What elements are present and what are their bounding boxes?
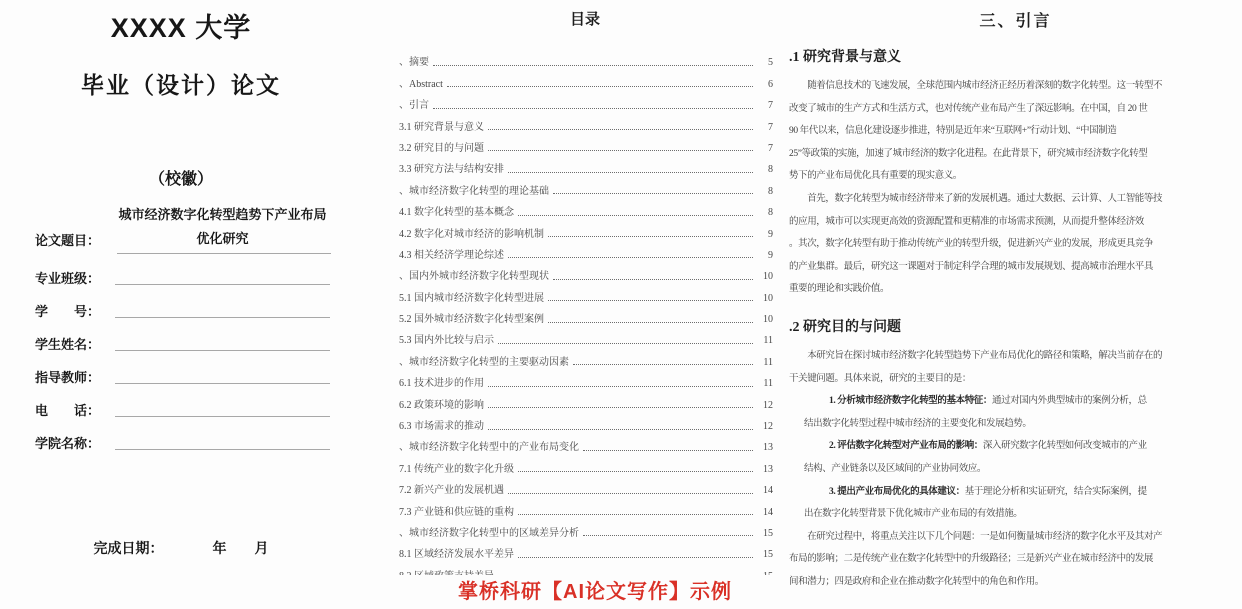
objective-first-line: 1. 分析城市经济数字化转型的基本特征：通过对国内外典型城市的案例分析，总: [789, 390, 1242, 413]
toc-dot-leader: [488, 386, 753, 387]
cover-header: XXXX 大学 毕业（设计）论文 （校徽）: [0, 0, 362, 189]
toc-entry-page-number: 11: [757, 357, 775, 368]
toc-entry-title: 3.1 研究背景与意义: [395, 118, 484, 133]
cover-form-fields: 专业班级： 学 号： 学生姓名： 指导教师：: [0, 268, 390, 466]
toc-entry-page-number: 7: [757, 143, 775, 154]
toc-dot-leader: [553, 279, 753, 280]
toc-entry-title: 7.3 产业链和供应链的重构: [395, 503, 514, 518]
objective-lead-bold: 3. 提出产业布局优化的具体建议：: [829, 487, 965, 497]
toc-entry-page-number: 10: [757, 314, 775, 325]
toc-entry-page-number: 8: [757, 186, 775, 197]
toc-dot-leader: [488, 150, 753, 151]
thesis-title-value: 城市经济数字化转型趋势下产业布局 优化研究: [113, 203, 332, 251]
objective-continuation-line: 出在数字化转型背景下优化城市产业布局的有效措施。: [789, 503, 1242, 526]
toc-entry: 、城市经济数字化转型中的区域差异分析 15: [395, 518, 775, 539]
toc-entry-page-number: 10: [757, 293, 775, 304]
toc-dot-leader: [488, 407, 753, 408]
field-label: 指导教师：: [35, 367, 100, 386]
toc-entry-page-number: 7: [757, 122, 775, 133]
toc-entry-page-number: 14: [757, 485, 775, 496]
text-line: 本研究旨在探讨城市经济数字化转型趋势下产业布局优化的路径和策略，解决当前存在的: [789, 345, 1242, 368]
toc-entry: 、引言 7: [395, 90, 775, 111]
toc-entry: 7.1 传统产业的数字化升级 13: [395, 453, 775, 474]
field-blank-line: [115, 383, 330, 384]
toc-entry: 、国内外城市经济数字化转型现状 10: [395, 261, 775, 282]
toc-entry: 3.2 研究目的与问题 7: [395, 133, 775, 154]
objective-first-line: 2. 评估数字化转型对产业布局的影响：深入研究数字化转型如何改变城市的产业: [789, 435, 1242, 458]
toc-entry-title: 8.2 区域政策支持差异: [395, 567, 494, 575]
school-badge-placeholder: （校徽）: [0, 100, 362, 189]
text-line: 改变了城市的生产方式和生活方式，也对传统产业布局产生了深远影响。在中国，自 20…: [789, 98, 1242, 121]
objective-rest: 深入研究数字化转型如何改变城市的产业: [983, 441, 1147, 451]
toc-entry: 7.2 新兴产业的发展机遇 14: [395, 475, 775, 496]
text-line: 25”等政策的实施，加速了城市经济的数字化进程。在此背景下，研究城市经济数字化转…: [789, 143, 1242, 166]
text-line: 的应用，城市可以实现更高效的资源配置和更精准的市场需求预测，从而提升整体经济效: [789, 211, 1242, 234]
toc-entry-page-number: 14: [757, 507, 775, 518]
cover-form-row: 学 号：: [0, 301, 390, 334]
toc-entry-title: 8.1 区域经济发展水平差异: [395, 545, 514, 560]
toc-page: 目录 、摘要 5 、Abstract 6 、引言 7: [395, 0, 775, 575]
toc-entry: 5.1 国内城市经济数字化转型进展 10: [395, 282, 775, 303]
toc-dot-leader: [548, 300, 753, 301]
completion-date-line: 完成日期： 年 月: [0, 538, 362, 558]
field-blank-line: [115, 317, 330, 318]
toc-entry: 6.3 市场需求的推动 12: [395, 411, 775, 432]
text-line: 布局的影响；二是传统产业在数字化转型中的升级路径；三是新兴产业在城市经济中的发展: [789, 548, 1242, 571]
toc-entry-title: 5.2 国外城市经济数字化转型案例: [395, 310, 544, 325]
field-label: 学 号：: [35, 301, 100, 320]
toc-entry-title: 、Abstract: [395, 75, 443, 90]
toc-list: 、摘要 5 、Abstract 6 、引言 7 3.1 研究背景: [395, 47, 775, 575]
toc-dot-leader: [498, 343, 753, 344]
toc-entry-title: 、引言: [395, 96, 429, 111]
cover-form-row: 专业班级：: [0, 268, 390, 301]
toc-entry-page-number: 9: [757, 250, 775, 261]
toc-entry-title: 4.3 相关经济学理论综述: [395, 246, 504, 261]
text-line: 随着信息技术的飞速发展，全球范围内城市经济正经历着深刻的数字化转型。这一转型不: [789, 75, 1242, 98]
toc-entry-title: 、城市经济数字化转型中的区域差异分析: [395, 524, 579, 539]
toc-title: 目录: [395, 0, 775, 29]
intro-paragraph-1: 随着信息技术的飞速发展，全球范围内城市经济正经历着深刻的数字化转型。这一转型不改…: [789, 75, 1242, 188]
toc-dot-leader: [573, 364, 753, 365]
objective-lead-bold: 2. 评估数字化转型对产业布局的影响：: [829, 441, 983, 451]
toc-entry: 5.2 国外城市经济数字化转型案例 10: [395, 304, 775, 325]
text-line: 的产业集群。最后，研究这一课题对于制定科学合理的城市发展规划、提高城市治理水平具: [789, 256, 1242, 279]
toc-dot-leader: [508, 172, 753, 173]
text-line: 90 年代以来，信息化建设逐步推进，特别是近年来“互联网+”行动计划、“中国制造: [789, 120, 1242, 143]
thesis-title-line1: 城市经济数字化转型趋势下产业布局: [113, 203, 332, 227]
toc-dot-leader: [488, 129, 753, 130]
toc-dot-leader: [488, 429, 753, 430]
intro-paragraph-3: 本研究旨在探讨城市经济数字化转型趋势下产业布局优化的路径和策略，解决当前存在的干…: [789, 345, 1242, 390]
toc-entry-title: 7.1 传统产业的数字化升级: [395, 460, 514, 475]
objective-lead-bold: 1. 分析城市经济数字化转型的基本特征：: [829, 396, 992, 406]
toc-entry-title: 4.1 数字化转型的基本概念: [395, 203, 514, 218]
toc-entry-title: 4.2 数字化对城市经济的影响机制: [395, 225, 544, 240]
toc-entry-page-number: 11: [757, 378, 775, 389]
toc-entry: 4.2 数字化对城市经济的影响机制 9: [395, 218, 775, 239]
field-blank-line: [115, 449, 330, 450]
toc-entry: 6.2 政策环境的影响 12: [395, 389, 775, 410]
watermark-text: 掌桥科研【AI论文写作】示例: [0, 575, 1190, 604]
text-line: 。其次，数字化转型有助于推动传统产业的转型升级，促进新兴产业的发展，形成更具竞争: [789, 233, 1242, 256]
toc-entry: 4.1 数字化转型的基本概念 8: [395, 197, 775, 218]
toc-dot-leader: [518, 557, 753, 558]
toc-entry: 6.1 技术进步的作用 11: [395, 368, 775, 389]
intro-paragraph-2: 首先，数字化转型为城市经济带来了新的发展机遇。通过大数据、云计算、人工智能等技的…: [789, 188, 1242, 301]
toc-dot-leader: [548, 322, 753, 323]
objective-first-line: 3. 提出产业布局优化的具体建议：基于理论分析和实证研究，结合实际案例，提: [789, 481, 1242, 504]
cover-form-row: 指导教师：: [0, 367, 390, 400]
introduction-page: 三、引言 .1 研究背景与意义 随着信息技术的飞速发展，全球范围内城市经济正经历…: [789, 0, 1242, 609]
toc-entry-title: 6.3 市场需求的推动: [395, 417, 484, 432]
toc-entry: 8.2 区域政策支持差异 15: [395, 560, 775, 575]
field-label: 学院名称：: [35, 433, 100, 452]
toc-entry-title: 5.1 国内城市经济数字化转型进展: [395, 289, 544, 304]
toc-entry-page-number: 15: [757, 528, 775, 539]
toc-entry-page-number: 7: [757, 100, 775, 111]
toc-entry: 4.3 相关经济学理论综述 9: [395, 240, 775, 261]
toc-entry-page-number: 13: [757, 464, 775, 475]
text-line: 在研究过程中，将重点关注以下几个问题：一是如何衡量城市经济的数字化水平及其对产: [789, 526, 1242, 549]
toc-entry-page-number: 11: [757, 335, 775, 346]
toc-entry-page-number: 12: [757, 421, 775, 432]
cover-form-row: 学生姓名：: [0, 334, 390, 367]
field-label: 电 话：: [35, 400, 100, 419]
toc-entry-title: 、国内外城市经济数字化转型现状: [395, 267, 549, 282]
toc-entry-page-number: 8: [757, 164, 775, 175]
toc-entry-page-number: 8: [757, 207, 775, 218]
field-blank-line: [115, 284, 330, 285]
field-label: 学生姓名：: [35, 334, 100, 353]
toc-dot-leader: [583, 535, 753, 536]
toc-entry-title: 3.3 研究方法与结构安排: [395, 160, 504, 175]
field-blank-line: [115, 350, 330, 351]
objective-item: 3. 提出产业布局优化的具体建议：基于理论分析和实证研究，结合实际案例，提 出在…: [789, 481, 1242, 526]
toc-entry-page-number: 13: [757, 442, 775, 453]
research-objectives-list: 1. 分析城市经济数字化转型的基本特征：通过对国内外典型城市的案例分析，总 结出…: [789, 390, 1242, 526]
toc-entry-title: 7.2 新兴产业的发展机遇: [395, 481, 504, 496]
toc-entry: 5.3 国内外比较与启示 11: [395, 325, 775, 346]
thesis-title-line2: 优化研究: [113, 227, 332, 251]
toc-entry-page-number: 5: [757, 57, 775, 68]
toc-dot-leader: [553, 193, 753, 194]
toc-entry-page-number: 9: [757, 229, 775, 240]
text-line: 势下的产业布局优化具有重要的现实意义。: [789, 165, 1242, 188]
toc-entry-title: 、城市经济数字化转型的理论基础: [395, 182, 549, 197]
toc-dot-leader: [583, 450, 753, 451]
toc-entry: 8.1 区域经济发展水平差异 15: [395, 539, 775, 560]
toc-dot-leader: [518, 215, 753, 216]
screenshot-canvas: XXXX 大学 毕业（设计）论文 （校徽） 论文题目： 城市经济数字化转型趋势下…: [0, 0, 1242, 609]
toc-entry-title: 5.3 国内外比较与启示: [395, 331, 494, 346]
toc-dot-leader: [518, 471, 753, 472]
university-name: XXXX 大学: [0, 0, 362, 45]
objective-continuation-line: 结构、产业链条以及区域间的产业协同效应。: [789, 458, 1242, 481]
section-heading-background: .1 研究背景与意义: [789, 46, 1242, 66]
thesis-title-underline: [117, 253, 331, 254]
cover-page: XXXX 大学 毕业（设计）论文 （校徽） 论文题目： 城市经济数字化转型趋势下…: [0, 0, 390, 609]
toc-entry-title: 6.1 技术进步的作用: [395, 374, 484, 389]
toc-entry-page-number: 12: [757, 400, 775, 411]
objective-item: 2. 评估数字化转型对产业布局的影响：深入研究数字化转型如何改变城市的产业 结构…: [789, 435, 1242, 480]
text-line: 重要的理论和实践价值。: [789, 278, 1242, 301]
toc-entry: 、城市经济数字化转型中的产业布局变化 13: [395, 432, 775, 453]
toc-dot-leader: [508, 257, 753, 258]
toc-entry: 7.3 产业链和供应链的重构 14: [395, 496, 775, 517]
toc-entry-title: 、城市经济数字化转型的主要驱动因素: [395, 353, 569, 368]
toc-dot-leader: [548, 236, 753, 237]
section-heading-purpose: .2 研究目的与问题: [789, 316, 1242, 336]
toc-entry: 、Abstract 6: [395, 68, 775, 89]
toc-entry-title: 3.2 研究目的与问题: [395, 139, 484, 154]
toc-entry-title: 、摘要: [395, 53, 429, 68]
toc-entry: 、摘要 5: [395, 47, 775, 68]
toc-entry-title: 6.2 政策环境的影响: [395, 396, 484, 411]
thesis-title-label: 论文题目：: [35, 230, 100, 249]
toc-entry: 、城市经济数字化转型的理论基础 8: [395, 175, 775, 196]
toc-dot-leader: [518, 514, 753, 515]
toc-entry-page-number: 10: [757, 271, 775, 282]
introduction-title: 三、引言: [789, 0, 1242, 31]
toc-entry: 3.1 研究背景与意义 7: [395, 111, 775, 132]
field-label: 专业班级：: [35, 268, 100, 287]
cover-form-row: 电 话：: [0, 400, 390, 433]
field-blank-line: [115, 416, 330, 417]
text-line: 干关键问题。具体来说，研究的主要目的是：: [789, 368, 1242, 391]
toc-entry-page-number: 15: [757, 549, 775, 560]
objective-continuation-line: 结出数字化转型过程中城市经济的主要变化和发展趋势。: [789, 413, 1242, 436]
toc-dot-leader: [433, 108, 753, 109]
objective-rest: 基于理论分析和实证研究，结合实际案例，提: [965, 487, 1147, 497]
toc-entry-page-number: 6: [757, 79, 775, 90]
toc-dot-leader: [433, 65, 753, 66]
objective-item: 1. 分析城市经济数字化转型的基本特征：通过对国内外典型城市的案例分析，总 结出…: [789, 390, 1242, 435]
toc-dot-leader: [447, 86, 753, 87]
toc-entry: 、城市经济数字化转型的主要驱动因素 11: [395, 346, 775, 367]
toc-entry: 3.3 研究方法与结构安排 8: [395, 154, 775, 175]
toc-dot-leader: [508, 493, 753, 494]
objective-rest: 通过对国内外典型城市的案例分析，总: [992, 396, 1147, 406]
thesis-type-title: 毕业（设计）论文: [0, 45, 362, 100]
toc-entry-title: 、城市经济数字化转型中的产业布局变化: [395, 438, 579, 453]
text-line: 首先，数字化转型为城市经济带来了新的发展机遇。通过大数据、云计算、人工智能等技: [789, 188, 1242, 211]
cover-form-row: 学院名称：: [0, 433, 390, 466]
